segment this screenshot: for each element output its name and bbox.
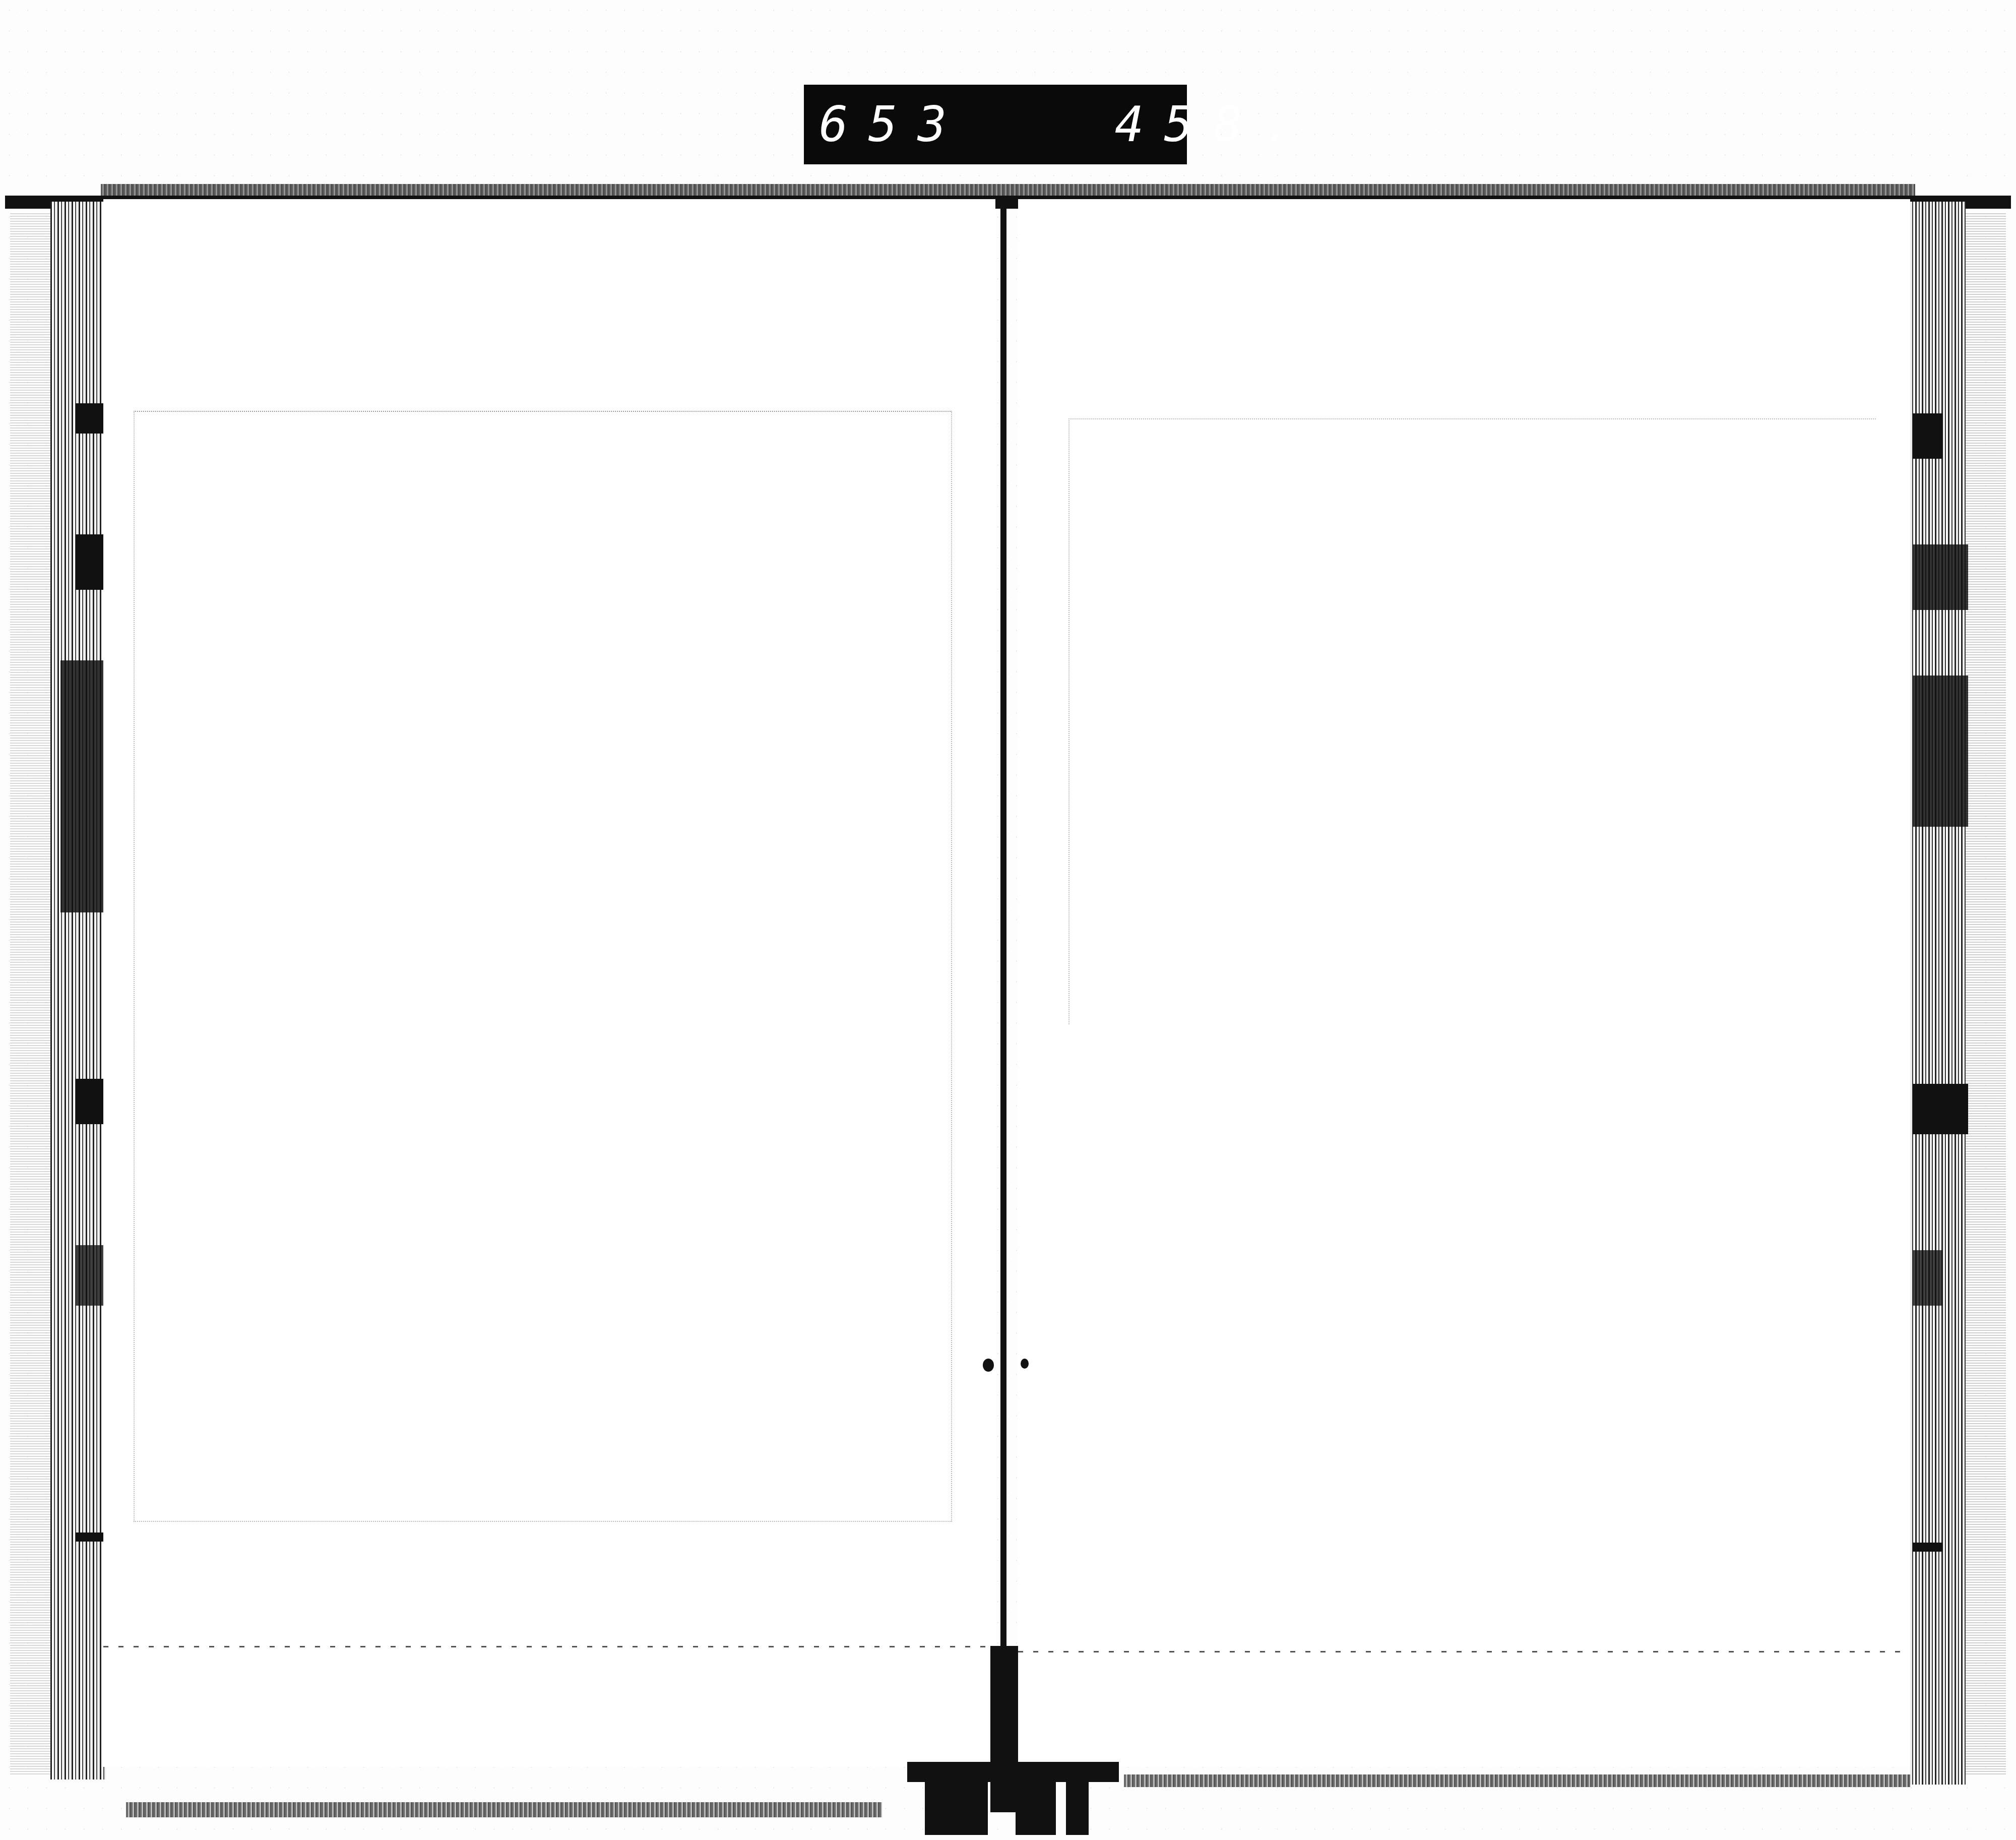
left-edge-tab xyxy=(76,534,103,590)
right-page-bottom-rule xyxy=(1018,1651,1910,1652)
right-page-faint-frame xyxy=(1068,418,1876,1024)
left-page-stack xyxy=(50,202,106,1780)
bottom-page-edge-right xyxy=(1124,1774,1910,1787)
binding-hole xyxy=(1021,1359,1029,1369)
book-gutter xyxy=(1000,199,1006,1661)
left-edge-tab xyxy=(76,1079,103,1124)
left-page-faint-frame xyxy=(134,411,952,1522)
bottom-page-edge-left xyxy=(126,1802,882,1817)
right-edge-tab xyxy=(1913,1084,1968,1134)
left-edge-tab xyxy=(60,660,103,912)
right-edge-tab xyxy=(1913,544,1968,610)
left-page-bottom-rule xyxy=(103,1646,995,1647)
frame-number-label: 653 458. xyxy=(804,85,1187,164)
binding-hole xyxy=(983,1359,994,1372)
holder-clamp-leg xyxy=(1016,1764,1056,1835)
left-page xyxy=(103,199,995,1767)
left-edge-tab xyxy=(76,403,103,434)
gutter-foot xyxy=(990,1646,1018,1812)
right-edge-tab xyxy=(1913,1543,1943,1552)
left-edge-tab xyxy=(76,1245,103,1306)
right-edge-tab xyxy=(1913,1250,1943,1306)
left-edge-shadow xyxy=(10,212,55,1774)
frame-number-text: 653 458. xyxy=(819,96,1312,153)
right-edge-shadow xyxy=(1966,212,2006,1774)
right-edge-tab xyxy=(1913,413,1943,459)
right-page xyxy=(1018,199,1910,1767)
holder-clamp-leg xyxy=(925,1780,988,1835)
left-edge-tab xyxy=(76,1532,103,1542)
holder-clamp-leg xyxy=(1066,1764,1089,1835)
right-edge-tab xyxy=(1913,676,1968,827)
